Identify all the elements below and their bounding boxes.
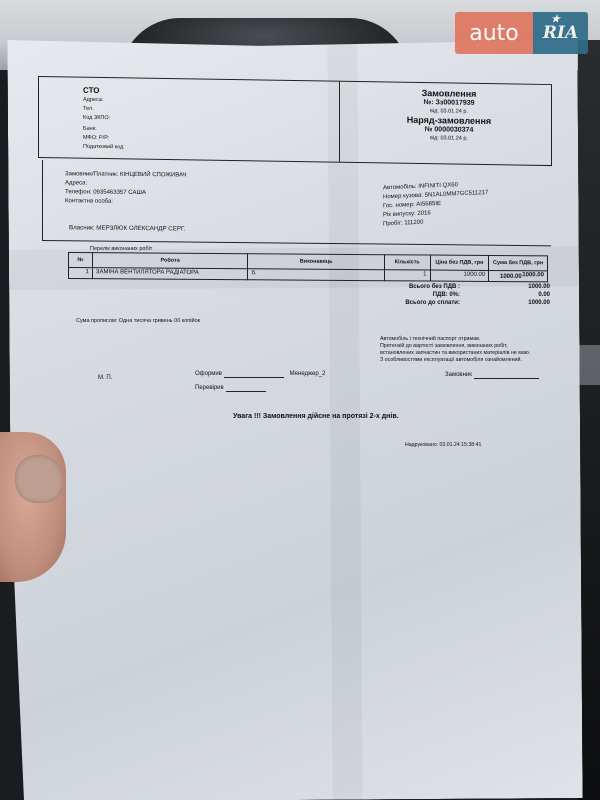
printed-timestamp: Надруковано: 03.01.24 15:38:41 xyxy=(405,442,481,448)
col-quantity: Кількість xyxy=(384,255,430,270)
cell-number: 1 xyxy=(69,268,93,279)
stamp-place: М. П. xyxy=(98,375,112,382)
col-sum: Сума без ПДВ, грн xyxy=(489,255,548,270)
order-block: Замовлення №: Зз00017939 від: 03.01.24 р… xyxy=(349,88,549,145)
total-row-vat: ПДВ: 0%: 0.00 xyxy=(360,291,550,299)
vehicle-owner: Власник: МЕРЗЛЮК ОЛЕКСАНДР СЕРГ. xyxy=(69,224,185,233)
col-price: Ціна без ПДВ, грн xyxy=(430,255,489,270)
checked-signature-field: Перевірив xyxy=(195,385,266,392)
company-block: СТО Адреса: Тел. Код ЗКПО: Банк: МФО: Р/… xyxy=(83,86,123,153)
col-number: № xyxy=(69,253,93,268)
work-order-date: від: 03.01.24 р. xyxy=(349,133,549,145)
document-content: СТО Адреса: Тел. Код ЗКПО: Банк: МФО: Р/… xyxy=(0,0,600,800)
works-subtotal: 1000.00 xyxy=(500,274,522,281)
customer-notice: Автомобіль і технічний паспорт отримав. … xyxy=(380,336,530,364)
validity-warning: Увага !!! Замовлення дійсне на протязі 2… xyxy=(233,413,399,421)
col-work: Робота xyxy=(92,253,248,269)
cell-quantity: 1 xyxy=(384,270,430,281)
total-row-to-pay: Всього до сплати: 1000.00 xyxy=(360,299,550,307)
manager-name: Менеджер_2 xyxy=(290,371,326,377)
company-tax-code-label: Податковий код xyxy=(83,143,123,153)
works-table: № Робота Виконавець Кількість Ціна без П… xyxy=(68,252,548,282)
amount-in-words: Сума прописом: Одна тисяча гривень 00 ко… xyxy=(76,318,200,325)
customer-contact: Контактна особа: xyxy=(65,197,187,207)
cell-price: 1000.00 xyxy=(430,270,489,281)
total-row-no-vat: Всього без ПДВ : 1000.00 xyxy=(360,283,550,291)
customer-box: Замовник/Платник: КІНЦЕВИЙ СПОЖИВАЧ Адре… xyxy=(42,160,551,246)
issued-signature-field: Оформив Менеджер_2 xyxy=(195,371,325,378)
header-divider xyxy=(339,82,340,162)
col-executor: Виконавець xyxy=(248,254,384,270)
header-box: СТО Адреса: Тел. Код ЗКПО: Банк: МФО: Р/… xyxy=(38,76,552,166)
totals-block: Всього без ПДВ : 1000.00 ПДВ: 0%: 0.00 В… xyxy=(360,283,550,307)
customer-block: Замовник/Платник: КІНЦЕВИЙ СПОЖИВАЧ Адре… xyxy=(65,170,187,207)
company-title: СТО xyxy=(83,86,123,97)
cell-executor: б. xyxy=(248,269,384,281)
cell-work: ЗАМІНА ВЕНТИЛЯТОРА РАДІАТОРА xyxy=(92,268,248,280)
company-edrpou-label: Код ЗКПО: xyxy=(83,114,123,124)
customer-signature-field: Замовник xyxy=(445,372,539,379)
table-row: 1 ЗАМІНА ВЕНТИЛЯТОРА РАДІАТОРА б. 1 1000… xyxy=(69,268,548,282)
vehicle-block: Автомобіль: INFINITI QX60 Номер кузова: … xyxy=(383,180,488,229)
